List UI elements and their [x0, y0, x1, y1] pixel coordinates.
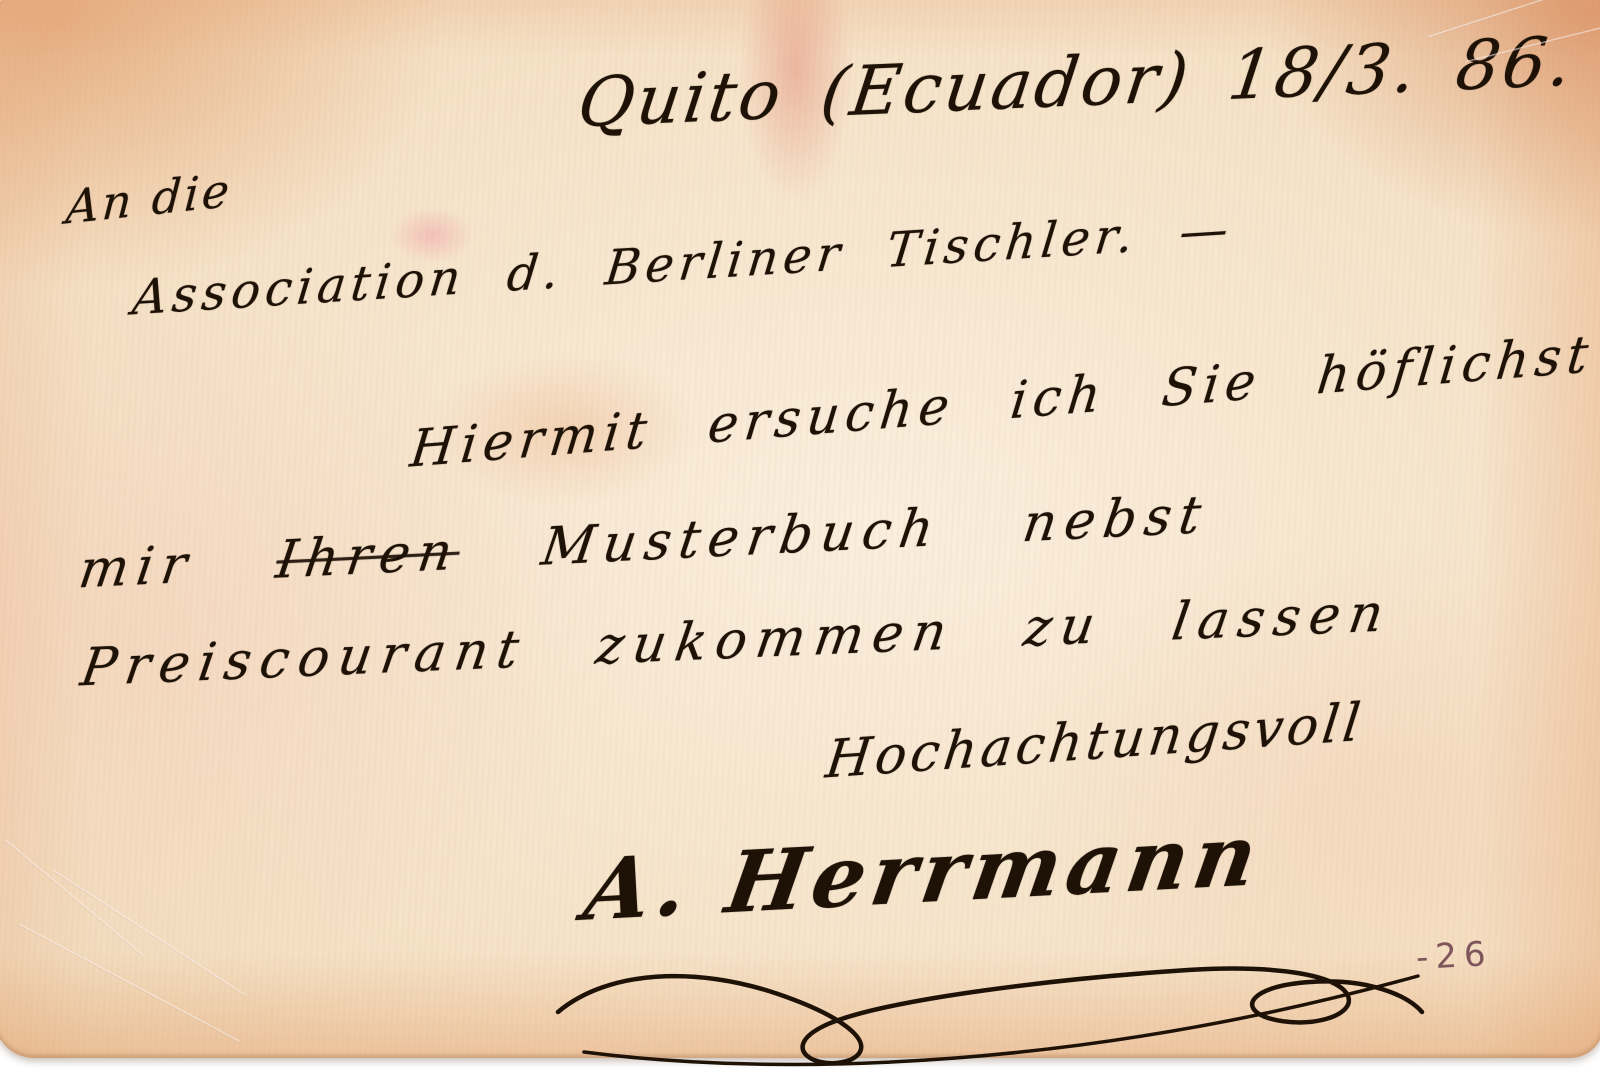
body-line-3: Preiscourant zukommen zu lassen — [77, 583, 1396, 698]
recipient-line-2: Association d. Berliner Tischler. — — [130, 201, 1236, 327]
pencil-annotation: -26 — [1415, 934, 1494, 978]
crease-line — [4, 839, 143, 956]
scanned-postcard-image: Quito (Ecuador) 18/3. 86. An die Associa… — [0, 0, 1600, 1087]
body-line-1: Hiermit ersuche ich Sie höflichst — [407, 325, 1597, 480]
body-line-2-suffix: Musterbuch nebst — [455, 485, 1212, 582]
crease-line — [18, 923, 240, 1042]
signature-flourish — [546, 920, 1436, 1070]
dateline: Quito (Ecuador) 18/3. 86. — [573, 22, 1579, 143]
body-line-2-struck-word: Ihren — [272, 521, 464, 590]
body-line-2: mir Ihren Musterbuch nebst — [75, 485, 1212, 601]
body-line-2-prefix: mir — [75, 530, 281, 600]
postcard-paper: Quito (Ecuador) 18/3. 86. An die Associa… — [0, 0, 1600, 1058]
flourish-stroke-main — [558, 969, 1422, 1064]
crease-line — [52, 870, 246, 997]
closing-line: Hochachtungsvoll — [823, 692, 1368, 790]
recipient-line-1: An die — [64, 163, 234, 235]
